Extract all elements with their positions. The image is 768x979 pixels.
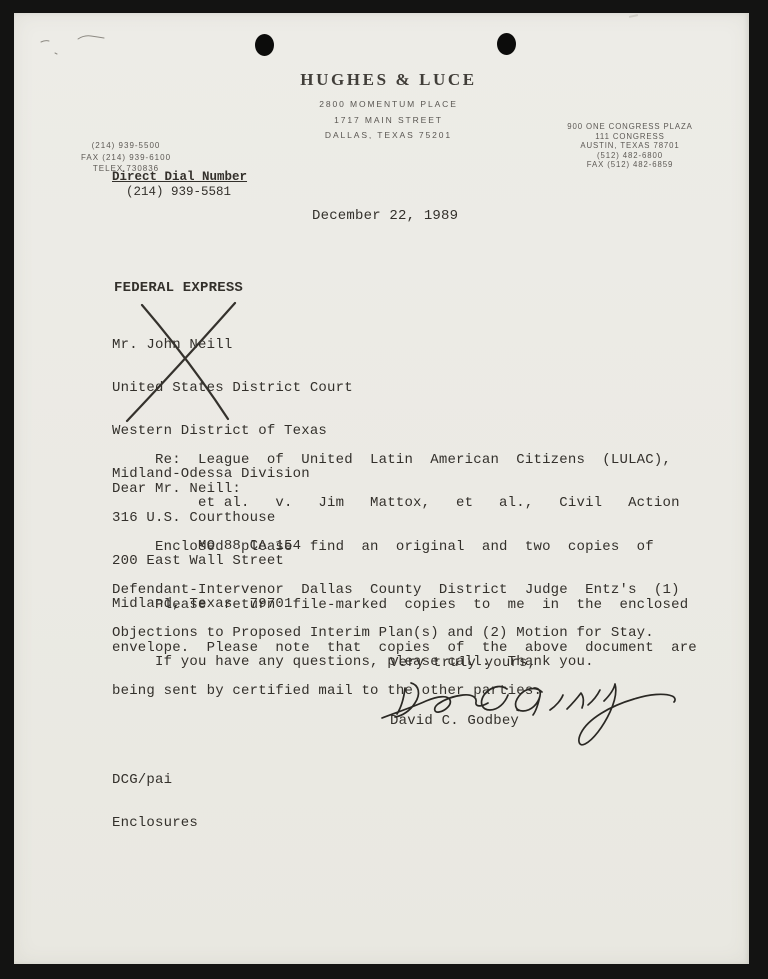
- re-line: Re: League of United Latin American Citi…: [112, 453, 680, 467]
- paragraph-line: Enclosed please find an original and two…: [112, 540, 680, 554]
- paragraph-line: Please return file-marked copies to me i…: [112, 598, 697, 612]
- closing-phrase: Very truly yours,: [390, 656, 536, 670]
- firm-name: HUGHES & LUCE: [28, 70, 749, 90]
- recipient-line: United States District Court: [112, 381, 353, 395]
- signer-name: David C. Godbey: [390, 714, 519, 728]
- austin-office-line: 900 ONE CONGRESS PLAZA: [545, 122, 715, 132]
- scanned-letter-page: { "letterhead": { "firm_name": "HUGHES &…: [0, 0, 768, 979]
- enclosures-note: Enclosures: [112, 816, 198, 830]
- re-line: et al. v. Jim Mattox, et al., Civil Acti…: [112, 496, 680, 510]
- punch-hole-left-icon: [255, 34, 274, 56]
- austin-office-line: (512) 482-6800: [545, 151, 715, 161]
- typist-initials: DCG/pai: [112, 773, 198, 787]
- scan-nick-mark: [629, 14, 638, 18]
- salutation: Dear Mr. Neill:: [112, 482, 241, 496]
- austin-office-line: 111 CONGRESS: [545, 132, 715, 142]
- punch-hole-right-icon: [497, 33, 516, 55]
- date-line: December 22, 1989: [312, 209, 458, 223]
- reference-block: DCG/pai Enclosures: [112, 744, 198, 859]
- phone-line: (214) 939-5500: [46, 140, 206, 152]
- austin-office-line: AUSTIN, TEXAS 78701: [545, 141, 715, 151]
- fax-line: FAX (214) 939-6100: [46, 152, 206, 164]
- austin-office-line: FAX (512) 482-6859: [545, 160, 715, 170]
- letter-paper: HUGHES & LUCE 2800 MOMENTUM PLACE 1717 M…: [14, 13, 749, 964]
- direct-dial-label: Direct Dial Number: [112, 171, 247, 184]
- direct-dial-number: (214) 939-5581: [126, 186, 231, 199]
- recipient-line: Mr. John Neill: [112, 338, 353, 352]
- austin-office-block: 900 ONE CONGRESS PLAZA 111 CONGRESS AUST…: [545, 122, 715, 170]
- delivery-method-label: FEDERAL EXPRESS: [114, 281, 243, 295]
- pencil-scribble-mark: [41, 36, 104, 54]
- firm-address-line: 2800 MOMENTUM PLACE: [28, 97, 749, 113]
